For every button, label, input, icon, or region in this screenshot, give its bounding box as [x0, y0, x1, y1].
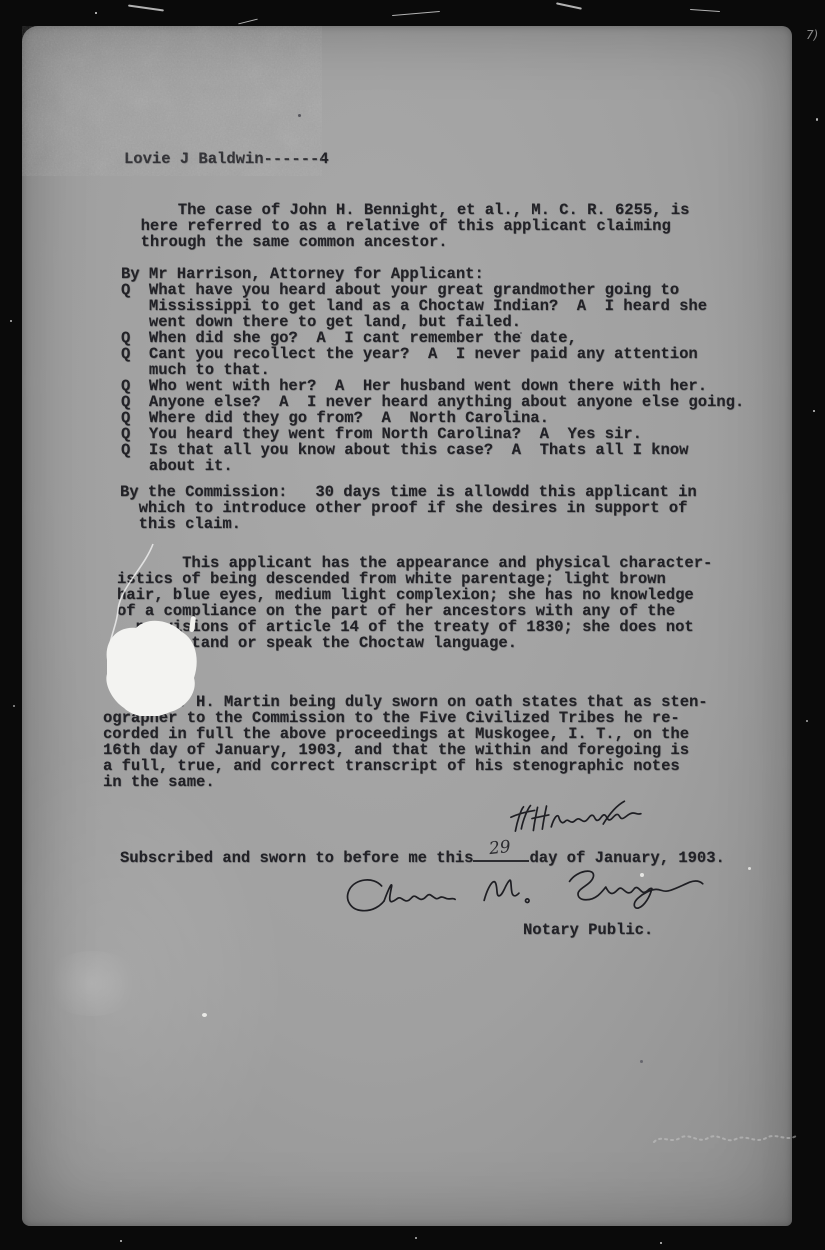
attorney-heading: By Mr Harrison, Attorney for Applicant:	[121, 266, 484, 282]
film-dust-speck	[806, 720, 808, 722]
film-dust-speck	[10, 320, 12, 322]
film-dust-speck	[816, 118, 818, 121]
corner-mark: 7)	[806, 28, 818, 42]
paper-ink-speck	[298, 114, 301, 117]
martin-signature-text: W H Martin	[22, 26, 23, 27]
sawyer-signature-text: Charles W. Sawyer	[22, 26, 23, 27]
page-label: Lovie J Baldwin------4	[124, 151, 329, 167]
subscribed-line: Subscribed and sworn to before me this29…	[120, 846, 725, 866]
paper-ink-speck	[640, 1060, 643, 1063]
paper-ink-speck	[520, 332, 522, 334]
microfilm-frame: 7) Lovie J Baldwin------4 The case of Jo…	[0, 0, 825, 1250]
paper-worn-patch	[42, 951, 142, 1016]
martin-signature	[504, 796, 647, 843]
subscribed-prefix: Subscribed and sworn to before me this	[120, 849, 473, 867]
day-underline: 29	[473, 846, 529, 862]
film-dust-speck	[95, 12, 97, 14]
film-dust-speck	[120, 1240, 122, 1242]
paper-scribble-mark	[650, 1126, 800, 1152]
paper-damage-spot	[106, 621, 196, 716]
film-scratch	[556, 2, 582, 9]
paper-white-speck	[202, 1013, 207, 1017]
film-scratch	[238, 19, 258, 25]
paper-damage-streak	[189, 616, 196, 633]
film-dust-speck	[660, 1242, 662, 1244]
notary-title: Notary Public.	[523, 922, 653, 938]
qa-transcript: Q What have you heard about your great g…	[121, 282, 744, 474]
paper-white-speck	[748, 867, 751, 870]
film-dust-speck	[13, 705, 15, 707]
commission-note: By the Commission: 30 days time is allow…	[120, 484, 697, 532]
paper-white-speck	[640, 873, 644, 877]
paper-ink-speck	[250, 760, 252, 762]
sawyer-signature	[337, 862, 711, 929]
intro-paragraph: The case of John H. Bennight, et al., M.…	[122, 202, 689, 250]
paper-damage	[82, 536, 242, 716]
film-scratch	[690, 9, 720, 12]
film-scratch	[128, 5, 164, 11]
document-page: Lovie J Baldwin------4 The case of John …	[22, 26, 792, 1226]
film-scratch	[392, 11, 440, 16]
film-dust-speck	[415, 1237, 417, 1239]
film-dust-speck	[813, 410, 815, 412]
